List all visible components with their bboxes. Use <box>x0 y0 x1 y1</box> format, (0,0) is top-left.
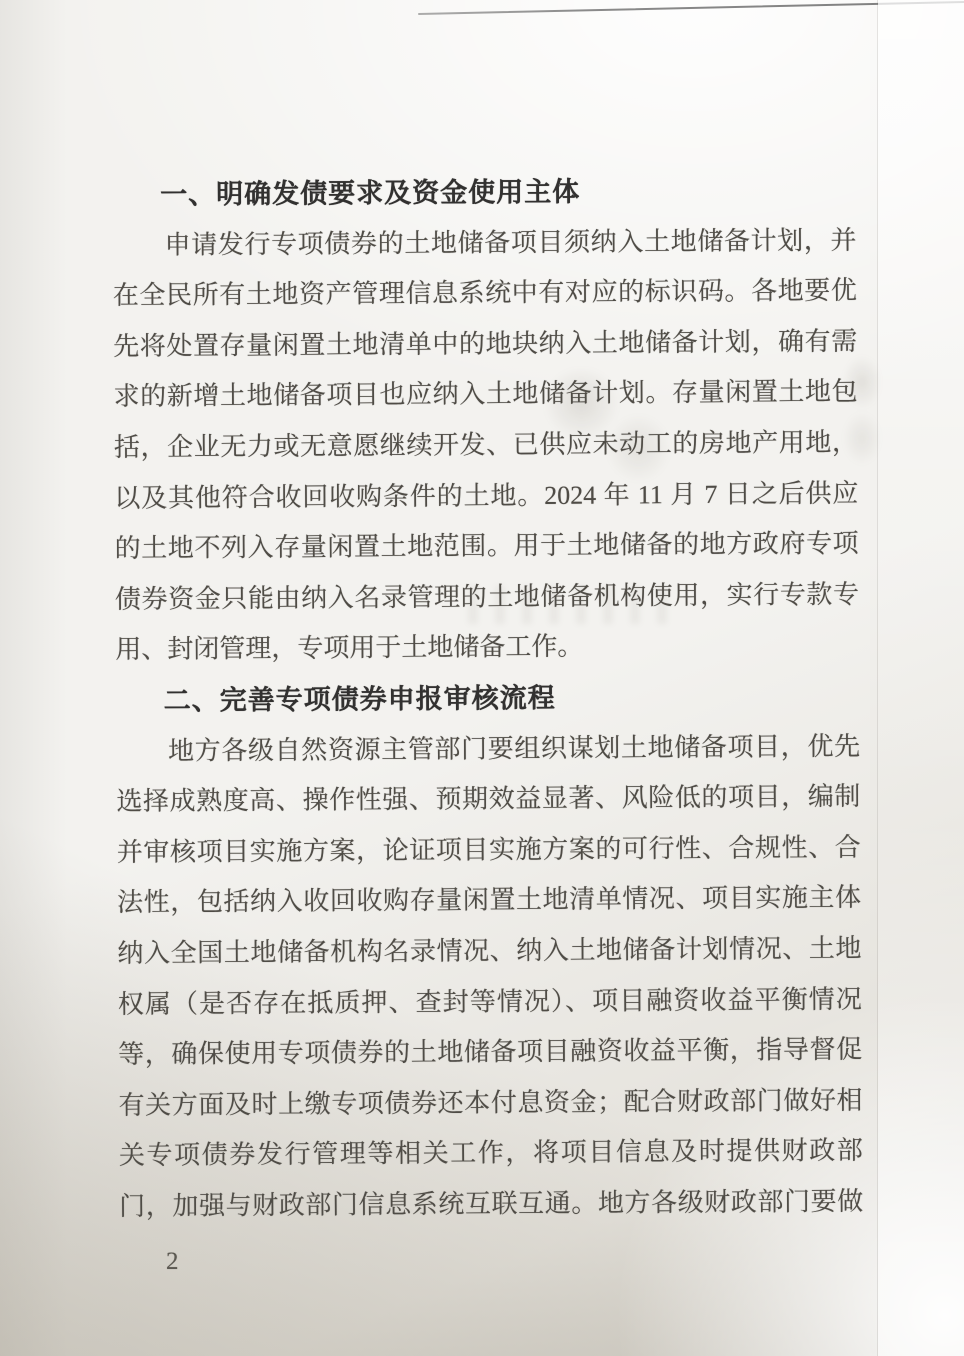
document-line: 权属（是否存在抵质押、查封等情况）、项目融资收益平衡情况 <box>118 974 862 1030</box>
paper-crease-line <box>877 0 878 1356</box>
document-line: 等，确保使用专项债券的土地储备项目融资收益平衡，指导督促 <box>118 1025 862 1081</box>
document-line: 关专项债券发行管理等相关工作，将项目信息及时提供财政部 <box>119 1126 863 1182</box>
document-line: 门，加强与财政部门信息系统互联互通。地方各级财政部门要做 <box>119 1177 863 1233</box>
document-line: 纳入全国土地储备机构名录情况、纳入土地储备计划情况、土地 <box>117 924 861 980</box>
document-body: 一、明确发债要求及资金使用主体 申请发行专项债券的土地储备项目须纳入土地储备计划… <box>112 165 863 1233</box>
scanned-document-page: 一、明确发债要求及资金使用主体 申请发行专项债券的土地储备项目须纳入土地储备计划… <box>0 0 964 1356</box>
document-line: 在全民所有土地资产管理信息系统中有对应的标识码。各地要优 <box>113 266 857 322</box>
document-line: 并审核项目实施方案，论证项目实施方案的可行性、合规性、合 <box>117 823 861 879</box>
document-line: 法性，包括纳入收回收购存量闲置土地清单情况、项目实施主体 <box>117 873 861 929</box>
document-line: 的土地不列入存量闲置土地范围。用于土地储备的地方政府专项 <box>114 519 858 575</box>
section-heading-1: 一、明确发债要求及资金使用主体 <box>112 165 856 221</box>
document-line: 地方各级自然资源主管部门要组织谋划土地储备项目，优先 <box>116 721 860 777</box>
document-line: 申请发行专项债券的土地储备项目须纳入土地储备计划，并 <box>112 215 856 271</box>
document-line: 选择成熟度高、操作性强、预期效益显著、风险低的项目，编制 <box>116 772 860 828</box>
document-line: 用、封闭管理，专项用于土地储备工作。 <box>115 620 859 676</box>
document-line: 先将处置存量闲置土地清单中的地块纳入土地储备计划，确有需 <box>113 317 857 373</box>
document-line: 括，企业无力或无意愿继续开发、已供应未动工的房地产用地， <box>114 418 858 474</box>
document-line: 以及其他符合收回收购条件的土地。2024 年 11 月 7 日之后供应 <box>114 468 858 524</box>
document-line: 有关方面及时上缴专项债券还本付息资金；配合财政部门做好相 <box>118 1075 862 1131</box>
document-line: 债券资金只能由纳入名录管理的土地储备机构使用，实行专款专 <box>115 570 859 626</box>
paper-right-margin-strip <box>878 0 964 1356</box>
page-number: 2 <box>166 1237 179 1287</box>
document-line: 求的新增土地储备项目也应纳入土地储备计划。存量闲置土地包 <box>113 367 857 423</box>
section-heading-2: 二、完善专项债券申报审核流程 <box>116 671 860 727</box>
